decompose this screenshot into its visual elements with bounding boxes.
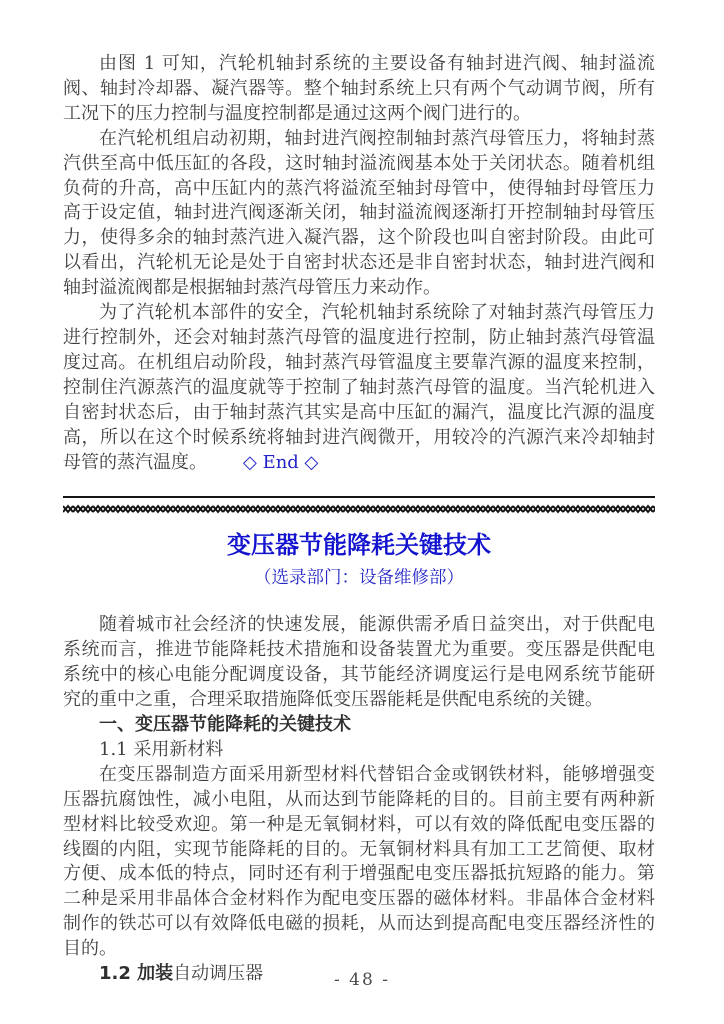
- article1-paragraph-1: 由图 1 可知，汽轮机轴封系统的主要设备有轴封进汽阀、轴封溢流阀、轴封冷却器、凝…: [63, 52, 655, 127]
- article-end-marker: ◇ End ◇: [243, 452, 318, 473]
- page-content: 由图 1 可知，汽轮机轴封系统的主要设备有轴封进汽阀、轴封溢流阀、轴封冷却器、凝…: [63, 52, 655, 987]
- zigzag-chain-ornament: [63, 504, 655, 514]
- article2-subheading-1-1: 1.1 采用新材料: [63, 738, 655, 763]
- article1-paragraph-3: 为了汽轮机本部件的安全，汽轮机轴封系统除了对轴封蒸汽母管压力进行控制外，还会对轴…: [63, 301, 655, 475]
- article1-paragraph-2: 在汽轮机组启动初期，轴封进汽阀控制轴封蒸汽母管压力，将轴封蒸汽供至高中低压缸的各…: [63, 127, 655, 301]
- article2-intro-paragraph: 随着城市社会经济的快速发展，能源供需矛盾日益突出，对于供配电系统而言，推进节能降…: [63, 613, 655, 713]
- article2-paragraph-1-1: 在变压器制造方面采用新型材料代替铝合金或钢铁材料，能够增强变压器抗腐蚀性，减小电…: [63, 763, 655, 962]
- article1-paragraph-3-text: 为了汽轮机本部件的安全，汽轮机轴封系统除了对轴封蒸汽母管压力进行控制外，还会对轴…: [63, 302, 655, 472]
- article2-title: 变压器节能降耗关键技术: [63, 530, 655, 560]
- article2-heading-1: 一、变压器节能降耗的关键技术: [63, 713, 655, 738]
- divider-top-line: [63, 496, 655, 498]
- article2-subtitle: （选录部门：设备维修部）: [63, 567, 655, 590]
- page-number: - 48 -: [0, 970, 724, 990]
- document-page: 由图 1 可知，汽轮机轴封系统的主要设备有轴封进汽阀、轴封溢流阀、轴封冷却器、凝…: [0, 0, 724, 1024]
- section-divider: [63, 496, 655, 518]
